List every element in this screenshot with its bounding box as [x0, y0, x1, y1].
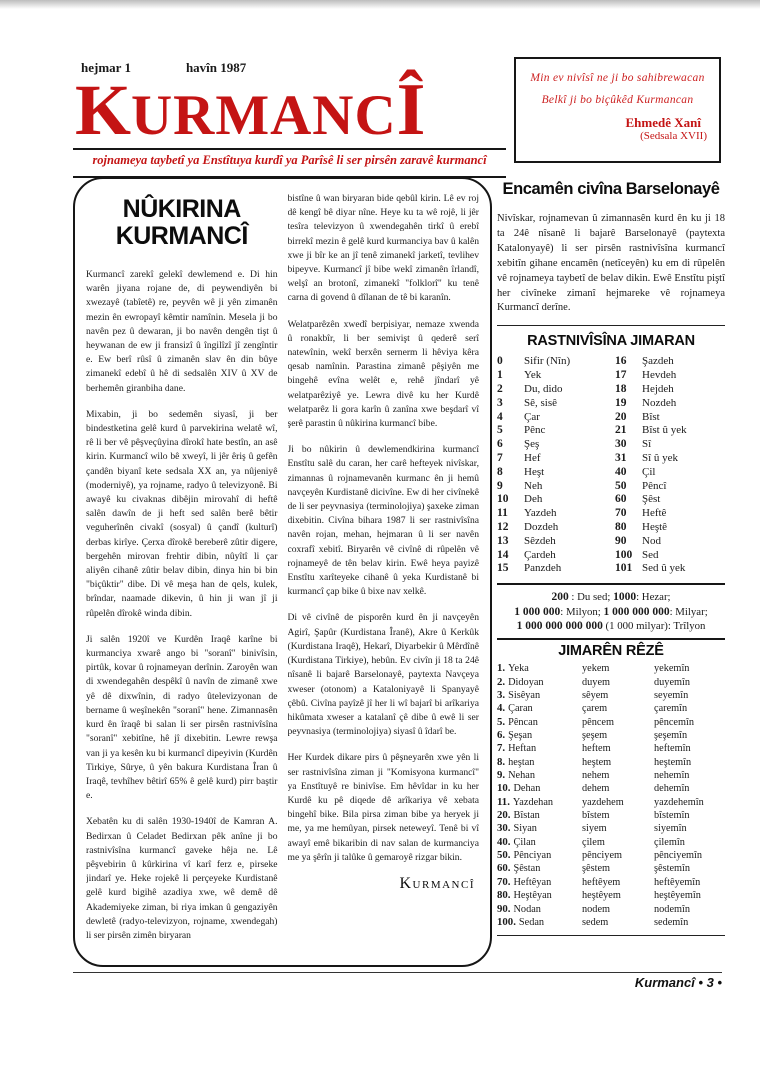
- number-word: Pêncî: [642, 480, 666, 494]
- ordinal-form-2: heştêyem: [582, 889, 654, 902]
- number-value: 0: [497, 355, 524, 369]
- ordinal-name-cell: 11.Yazdehan: [497, 796, 582, 809]
- paper-title-middle: URMANC: [131, 84, 397, 147]
- number-row: 17Hevdeh: [615, 369, 725, 383]
- ordinal-number: 9.: [497, 769, 505, 782]
- rule-before-big-numbers: [497, 583, 725, 585]
- ordinal-name: Pêncan: [508, 716, 538, 729]
- ordinal-number: 40.: [497, 836, 511, 849]
- number-row: 0Sifir (Nîn): [497, 355, 607, 369]
- ordinal-number: 30.: [497, 822, 511, 835]
- ordinal-name: Heftêyan: [514, 876, 552, 889]
- ordinal-number: 5.: [497, 716, 505, 729]
- number-value: 14: [497, 549, 524, 563]
- newspaper-page: hejmar 1 havîn 1987 KURMANCÎ rojnameya t…: [0, 0, 760, 1075]
- ordinal-number: 50.: [497, 849, 511, 862]
- ordinal-form-3: çaremîn: [654, 702, 725, 715]
- ordinal-form-2: çarem: [582, 702, 654, 715]
- page-footer: Kurmancî • 3 •: [73, 972, 722, 990]
- number-value: 9: [497, 480, 524, 494]
- number-word: Bîst û yek: [642, 424, 687, 438]
- article-paragraph: Ji salên 1920î ve Kurdên Iraqê karîne bi…: [86, 633, 278, 803]
- ordinal-form-2: şêstem: [582, 862, 654, 875]
- number-value: 17: [615, 369, 642, 383]
- number-word: Sî: [642, 438, 651, 452]
- ordinal-form-3: şeşemîn: [654, 729, 725, 742]
- ordinal-name-cell: 60.Şêstan: [497, 862, 582, 875]
- number-word: Sî û yek: [642, 452, 678, 466]
- number-row: 20Bîst: [615, 411, 725, 425]
- number-word: Şazdeh: [642, 355, 674, 369]
- big-number-value: 1 000 000: [514, 606, 560, 618]
- number-value: 21: [615, 424, 642, 438]
- number-value: 16: [615, 355, 642, 369]
- rule-after-ordinals: [497, 935, 725, 936]
- paper-title-final: Î: [397, 69, 426, 151]
- ordinal-row: 8.heştanheştemheştemîn: [497, 756, 725, 769]
- number-value: 13: [497, 535, 524, 549]
- number-row: 2Du, dido: [497, 383, 607, 397]
- quote-line-2: Belkî ji bo biçûkêd Kurmancan: [524, 94, 711, 106]
- number-row: 6Şeş: [497, 438, 607, 452]
- ordinal-row: 100.Sedansedemsedemîn: [497, 916, 725, 929]
- ordinal-name: Sedan: [519, 916, 544, 929]
- big-numbers-line: 1 000 000: Milyon; 1 000 000 000: Milyar…: [497, 605, 725, 619]
- number-word: Heftê: [642, 507, 666, 521]
- number-value: 2: [497, 383, 524, 397]
- ordinal-name: Didoyan: [508, 676, 543, 689]
- number-value: 5: [497, 424, 524, 438]
- ordinal-row: 3.Sisêyansêyemseyemîn: [497, 689, 725, 702]
- rule-before-ordinals: [497, 638, 725, 640]
- ordinal-number: 10.: [497, 782, 511, 795]
- page-number: Kurmancî • 3 •: [73, 975, 722, 990]
- number-row: 31Sî û yek: [615, 452, 725, 466]
- ordinal-name-cell: 80.Heştêyan: [497, 889, 582, 902]
- number-value: 101: [615, 562, 642, 576]
- ordinal-name-cell: 1.Yeka: [497, 662, 582, 675]
- ordinal-name: heştan: [508, 756, 534, 769]
- ordinal-row: 7.Heftanheftemheftemîn: [497, 742, 725, 755]
- ordinal-form-3: pênciyemîn: [654, 849, 725, 862]
- ordinal-row: 2.Didoyanduyemduyemîn: [497, 676, 725, 689]
- number-row: 8Heşt: [497, 466, 607, 480]
- big-number-text: : Milyon;: [560, 606, 603, 618]
- number-row: 4Çar: [497, 411, 607, 425]
- article-column-1-paragraphs: Kurmancî zarekî gelekî dewlemend e. Di h…: [86, 268, 278, 943]
- article-paragraph: Di vê civînê de pisporên kurd ên ji navç…: [288, 611, 480, 739]
- number-value: 50: [615, 480, 642, 494]
- article-column-1: NÛKIRINA KURMANCÎ Kurmancî zarekî gelekî…: [86, 192, 278, 952]
- big-number-text: : Hezar;: [636, 591, 670, 603]
- number-value: 6: [497, 438, 524, 452]
- number-value: 1: [497, 369, 524, 383]
- ordinal-name: Heftan: [508, 742, 536, 755]
- number-row: 5Pênc: [497, 424, 607, 438]
- ordinal-name-cell: 70.Heftêyan: [497, 876, 582, 889]
- number-row: 70Heftê: [615, 507, 725, 521]
- ordinal-form-2: pênciyem: [582, 849, 654, 862]
- numbers-table-right: 16Şazdeh17Hevdeh18Hejdeh19Nozdeh20Bîst21…: [615, 355, 725, 576]
- ordinal-name-cell: 4.Çaran: [497, 702, 582, 715]
- number-word: Sifir (Nîn): [524, 355, 570, 369]
- big-number-text: : Milyar;: [670, 606, 708, 618]
- number-word: Neh: [524, 480, 542, 494]
- number-row: 80Heştê: [615, 521, 725, 535]
- paper-title: KURMANCÎ: [73, 76, 506, 144]
- number-word: Pênc: [524, 424, 545, 438]
- ordinal-form-2: nehem: [582, 769, 654, 782]
- number-value: 3: [497, 397, 524, 411]
- ordinal-form-2: dehem: [582, 782, 654, 795]
- ordinal-form-2: pêncem: [582, 716, 654, 729]
- ordinal-name: Yeka: [508, 662, 529, 675]
- number-value: 4: [497, 411, 524, 425]
- number-row: 10Deh: [497, 493, 607, 507]
- ordinal-form-2: bîstem: [582, 809, 654, 822]
- big-number-text: : Du sed;: [569, 591, 613, 603]
- ordinal-form-2: çilem: [582, 836, 654, 849]
- issue-date: havîn 1987: [186, 60, 246, 76]
- number-value: 11: [497, 507, 524, 521]
- ordinal-form-3: seyemîn: [654, 689, 725, 702]
- article-column-2-paragraphs: bistîne û wan biryaran bide qebûl kirin.…: [288, 192, 480, 865]
- number-value: 8: [497, 466, 524, 480]
- number-word: Nozdeh: [642, 397, 676, 411]
- ordinal-row: 10.Dehandehemdehemîn: [497, 782, 725, 795]
- ordinal-row: 5.Pêncanpêncempêncemîn: [497, 716, 725, 729]
- number-row: 19Nozdeh: [615, 397, 725, 411]
- ordinal-name-cell: 10.Dehan: [497, 782, 582, 795]
- article-paragraph: Ji bo nûkirin û dewlemendkirina kurmancî…: [288, 443, 480, 599]
- ordinal-name: Çaran: [508, 702, 533, 715]
- ordinal-row: 80.Heştêyanheştêyemheştêyemîn: [497, 889, 725, 902]
- ordinal-number: 20.: [497, 809, 511, 822]
- ordinal-name: Pênciyan: [514, 849, 552, 862]
- ordinal-row: 50.Pênciyanpênciyempênciyemîn: [497, 849, 725, 862]
- ordinal-row: 1.Yekayekemyekemîn: [497, 662, 725, 675]
- article-paragraph: Welatparêzên xwedî berpisiyar, nemaze xw…: [288, 318, 480, 432]
- number-word: Çar: [524, 411, 540, 425]
- numbers-table-left: 0Sifir (Nîn)1Yek2Du, dido3Sê, sisê4Çar5P…: [497, 355, 607, 576]
- ordinal-name: Çilan: [514, 836, 536, 849]
- number-row: 9Neh: [497, 480, 607, 494]
- number-word: Nod: [642, 535, 661, 549]
- big-numbers-line: 1 000 000 000 000 (1 000 milyar): Trîlyo…: [497, 619, 725, 633]
- number-value: 30: [615, 438, 642, 452]
- ordinal-form-3: şêstemîn: [654, 862, 725, 875]
- masthead: hejmar 1 havîn 1987 KURMANCÎ rojnameya t…: [73, 60, 506, 178]
- ordinal-form-2: yekem: [582, 662, 654, 675]
- number-row: 3Sê, sisê: [497, 397, 607, 411]
- number-word: Heşt: [524, 466, 544, 480]
- ordinal-form-3: heftêyemîn: [654, 876, 725, 889]
- number-word: Sê, sisê: [524, 397, 557, 411]
- number-value: 19: [615, 397, 642, 411]
- number-value: 15: [497, 562, 524, 576]
- big-number-value: 200: [551, 591, 568, 603]
- big-number-value: 1 000 000 000 000: [517, 620, 603, 632]
- right-column: Encamên civîna Barselonayê Nivîskar, roj…: [497, 180, 725, 936]
- number-row: 15Panzdeh: [497, 562, 607, 576]
- ordinal-name: Şeşan: [508, 729, 532, 742]
- article-paragraph: Her Kurdek dikare pirs û pêşneyarên xwe …: [288, 751, 480, 865]
- number-value: 70: [615, 507, 642, 521]
- ordinal-form-3: siyemîn: [654, 822, 725, 835]
- ordinal-form-2: siyem: [582, 822, 654, 835]
- article-paragraph: Xebatên ku di salên 1930-1940î de Kamran…: [86, 815, 278, 943]
- number-word: Çil: [642, 466, 655, 480]
- number-value: 100: [615, 549, 642, 563]
- ordinal-form-3: heştêyemîn: [654, 889, 725, 902]
- number-value: 10: [497, 493, 524, 507]
- ordinal-number: 100.: [497, 916, 516, 929]
- ordinal-row: 40.Çilançilemçilemîn: [497, 836, 725, 849]
- number-row: 101Sed û yek: [615, 562, 725, 576]
- article-signature: Kurmancî: [288, 877, 480, 891]
- ordinal-form-3: heştemîn: [654, 756, 725, 769]
- ordinal-name-cell: 40.Çilan: [497, 836, 582, 849]
- number-row: 14Çardeh: [497, 549, 607, 563]
- ordinal-row: 70.Heftêyanheftêyemheftêyemîn: [497, 876, 725, 889]
- ordinal-number: 90.: [497, 903, 511, 916]
- number-row: 50Pêncî: [615, 480, 725, 494]
- ordinal-number: 6.: [497, 729, 505, 742]
- ordinal-number: 60.: [497, 862, 511, 875]
- number-word: Bîst: [642, 411, 660, 425]
- ordinal-name-cell: 5.Pêncan: [497, 716, 582, 729]
- ordinal-number: 1.: [497, 662, 505, 675]
- ordinal-number: 70.: [497, 876, 511, 889]
- number-row: 30Sî: [615, 438, 725, 452]
- article-title: NÛKIRINA KURMANCÎ: [86, 196, 278, 250]
- number-row: 16Şazdeh: [615, 355, 725, 369]
- section-intro: Nivîskar, rojnamevan û zimannasên kurd ê…: [497, 212, 725, 316]
- number-word: Şêst: [642, 493, 660, 507]
- ordinal-row: 30.Siyansiyemsiyemîn: [497, 822, 725, 835]
- ordinal-number: 2.: [497, 676, 505, 689]
- number-value: 31: [615, 452, 642, 466]
- ordinal-form-2: sedem: [582, 916, 654, 929]
- number-row: 13Sêzdeh: [497, 535, 607, 549]
- number-row: 11Yazdeh: [497, 507, 607, 521]
- article-column-2: bistîne û wan biryaran bide qebûl kirin.…: [288, 192, 480, 952]
- big-number-text: (1 000 milyar): Trîlyon: [603, 620, 706, 632]
- ordinal-form-3: pêncemîn: [654, 716, 725, 729]
- number-row: 12Dozdeh: [497, 521, 607, 535]
- number-row: 18Hejdeh: [615, 383, 725, 397]
- ordinal-form-2: şeşem: [582, 729, 654, 742]
- ordinal-form-2: heştem: [582, 756, 654, 769]
- ordinal-row: 9.Nehannehemnehemîn: [497, 769, 725, 782]
- footer-rule: [73, 972, 722, 973]
- number-word: Du, dido: [524, 383, 563, 397]
- ordinal-number: 7.: [497, 742, 505, 755]
- ordinal-row: 20.Bîstanbîstembîstemîn: [497, 809, 725, 822]
- number-value: 7: [497, 452, 524, 466]
- number-row: 100Sed: [615, 549, 725, 563]
- ordinal-name: Siyan: [514, 822, 537, 835]
- ordinal-form-3: duyemîn: [654, 676, 725, 689]
- ordinal-row: 4.Çarançaremçaremîn: [497, 702, 725, 715]
- ordinal-form-3: heftemîn: [654, 742, 725, 755]
- number-word: Yek: [524, 369, 541, 383]
- big-number-value: 1 000 000 000: [603, 606, 669, 618]
- number-word: Çardeh: [524, 549, 556, 563]
- paper-subtitle: rojnameya taybetî ya Enstîtuya kurdî ya …: [73, 150, 506, 172]
- ordinal-form-3: bîstemîn: [654, 809, 725, 822]
- number-value: 60: [615, 493, 642, 507]
- number-word: Panzdeh: [524, 562, 561, 576]
- ordinal-form-3: yekemîn: [654, 662, 725, 675]
- number-row: 1Yek: [497, 369, 607, 383]
- ordinal-number: 11.: [497, 796, 510, 809]
- ordinals-table-title: JIMARÊN RÊZÊ: [497, 643, 725, 659]
- issue-line: hejmar 1 havîn 1987: [73, 60, 506, 76]
- ordinal-form-3: sedemîn: [654, 916, 725, 929]
- quote-line-1: Min ev nivîsî ne ji bo sahibrewacan: [524, 72, 711, 84]
- scan-edge-shadow: [0, 0, 760, 9]
- number-word: Heştê: [642, 521, 667, 535]
- ordinal-name-cell: 20.Bîstan: [497, 809, 582, 822]
- number-value: 90: [615, 535, 642, 549]
- ordinal-form-3: dehemîn: [654, 782, 725, 795]
- number-value: 20: [615, 411, 642, 425]
- quote-author-note: (Sedsala XVII): [524, 130, 711, 142]
- ordinal-form-3: nodemîn: [654, 903, 725, 916]
- ordinal-form-2: sêyem: [582, 689, 654, 702]
- ordinal-form-2: nodem: [582, 903, 654, 916]
- ordinal-form-2: duyem: [582, 676, 654, 689]
- ordinal-number: 8.: [497, 756, 505, 769]
- article-title-line1: NÛKIRINA: [123, 195, 241, 223]
- number-value: 12: [497, 521, 524, 535]
- big-numbers-line: 200 : Du sed; 1000: Hezar;: [497, 590, 725, 604]
- rule-after-intro: [497, 325, 725, 326]
- ordinal-name-cell: 2.Didoyan: [497, 676, 582, 689]
- number-row: 90Nod: [615, 535, 725, 549]
- numbers-table: 0Sifir (Nîn)1Yek2Du, dido3Sê, sisê4Çar5P…: [497, 355, 725, 576]
- number-word: Deh: [524, 493, 542, 507]
- number-word: Hevdeh: [642, 369, 676, 383]
- ordinal-name: Şêstan: [514, 862, 541, 875]
- ordinals-table: 1.Yekayekemyekemîn2.Didoyanduyemduyemîn3…: [497, 662, 725, 929]
- number-word: Sed û yek: [642, 562, 685, 576]
- ordinal-name: Nehan: [508, 769, 535, 782]
- ordinal-name-cell: 30.Siyan: [497, 822, 582, 835]
- number-row: 7Hef: [497, 452, 607, 466]
- ordinal-number: 80.: [497, 889, 511, 902]
- ordinal-number: 3.: [497, 689, 505, 702]
- ordinal-number: 4.: [497, 702, 505, 715]
- ordinal-name: Sisêyan: [508, 689, 540, 702]
- ordinal-form-2: heftem: [582, 742, 654, 755]
- ordinal-name-cell: 9.Nehan: [497, 769, 582, 782]
- ordinal-form-3: yazdehemîn: [654, 796, 725, 809]
- number-row: 60Şêst: [615, 493, 725, 507]
- ordinal-name: Dehan: [514, 782, 541, 795]
- article-paragraph: Mixabin, ji bo sedemên siyasî, ji ber bi…: [86, 408, 278, 621]
- number-word: Şeş: [524, 438, 539, 452]
- ordinal-name: Nodan: [514, 903, 541, 916]
- ordinal-form-2: yazdehem: [582, 796, 654, 809]
- number-word: Sed: [642, 549, 659, 563]
- numbers-table-title: RASTNIVÎSÎNA JIMARAN: [497, 333, 725, 349]
- number-value: 80: [615, 521, 642, 535]
- main-article-box: NÛKIRINA KURMANCÎ Kurmancî zarekî gelekî…: [73, 177, 492, 967]
- ordinal-name: Bîstan: [514, 809, 540, 822]
- ordinal-name-cell: 3.Sisêyan: [497, 689, 582, 702]
- ordinal-row: 90.Nodannodemnodemîn: [497, 903, 725, 916]
- ordinal-form-2: heftêyem: [582, 876, 654, 889]
- ordinal-name: Heştêyan: [514, 889, 552, 902]
- ordinal-row: 6.Şeşanşeşemşeşemîn: [497, 729, 725, 742]
- quote-author: Ehmedê Xanî: [524, 116, 711, 130]
- number-word: Sêzdeh: [524, 535, 556, 549]
- ordinal-row: 60.Şêstanşêstemşêstemîn: [497, 862, 725, 875]
- number-row: 40Çil: [615, 466, 725, 480]
- ordinal-name-cell: 8.heştan: [497, 756, 582, 769]
- ordinal-form-3: çilemîn: [654, 836, 725, 849]
- ordinal-name-cell: 100.Sedan: [497, 916, 582, 929]
- ordinal-name-cell: 50.Pênciyan: [497, 849, 582, 862]
- ordinal-row: 11.Yazdehanyazdehemyazdehemîn: [497, 796, 725, 809]
- ordinal-name-cell: 7.Heftan: [497, 742, 582, 755]
- ordinal-name-cell: 90.Nodan: [497, 903, 582, 916]
- number-word: Hejdeh: [642, 383, 674, 397]
- quote-box: Min ev nivîsî ne ji bo sahibrewacan Belk…: [514, 57, 721, 163]
- article-title-line2: KURMANCÎ: [116, 222, 248, 250]
- number-value: 40: [615, 466, 642, 480]
- big-numbers-block: 200 : Du sed; 1000: Hezar;1 000 000: Mil…: [497, 590, 725, 633]
- number-value: 18: [615, 383, 642, 397]
- big-number-value: 1000: [613, 591, 636, 603]
- number-word: Hef: [524, 452, 541, 466]
- ordinal-name-cell: 6.Şeşan: [497, 729, 582, 742]
- number-word: Yazdeh: [524, 507, 557, 521]
- article-paragraph: bistîne û wan biryaran bide qebûl kirin.…: [288, 192, 480, 306]
- number-word: Dozdeh: [524, 521, 558, 535]
- ordinal-name: Yazdehan: [513, 796, 553, 809]
- article-paragraph: Kurmancî zarekî gelekî dewlemend e. Di h…: [86, 268, 278, 396]
- paper-title-initial: K: [75, 70, 131, 150]
- ordinal-form-3: nehemîn: [654, 769, 725, 782]
- section-title: Encamên civîna Barselonayê: [497, 180, 725, 199]
- number-row: 21Bîst û yek: [615, 424, 725, 438]
